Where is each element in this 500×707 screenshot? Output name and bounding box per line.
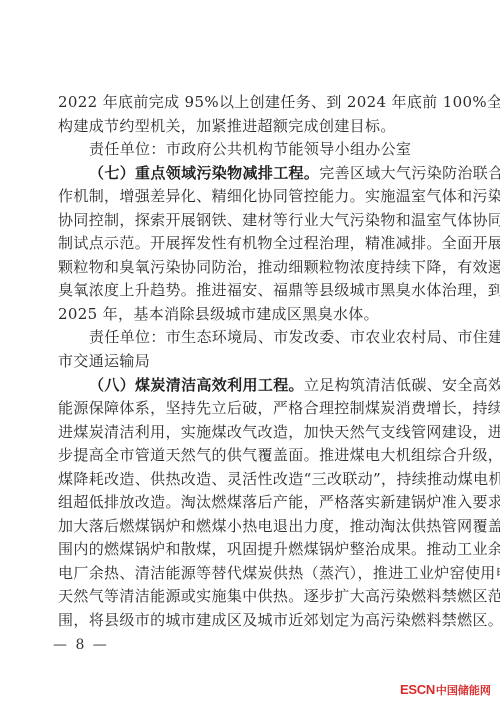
page-number: — 8 — bbox=[53, 637, 109, 653]
line-text: 电厂余热、清洁能源等替代煤炭供热（蒸汽），推进工业炉窑使用电、 bbox=[58, 564, 500, 582]
line-text: 构建成节约型机关，加紧推进超额完成创建目标。 bbox=[58, 117, 396, 135]
line-text: 责任单位：市政府公共机构节能领导小组办公室 bbox=[89, 140, 411, 158]
section-heading: （七）重点领域污染物减排工程。 bbox=[89, 164, 319, 182]
text-line: 协同控制，探索开展钢铁、建材等行业大气污染物和温室气体协同控 bbox=[58, 209, 435, 233]
line-text: 2025 年，基本消除县级城市建成区黑臭水体。 bbox=[58, 305, 379, 323]
text-line: 能源保障体系，坚持先立后破，严格合理控制煤炭消费增长，持续推 bbox=[58, 397, 435, 421]
watermark-name: 中国储能网 bbox=[436, 685, 491, 697]
section-heading-line: （七）重点领域污染物减排工程。完善区域大气污染防治联合协 bbox=[58, 162, 435, 186]
text-line: 加大落后燃煤锅炉和燃煤小热电退出力度，推动淘汰供热管网覆盖范 bbox=[58, 515, 435, 539]
line-text: 围，将县级市的城市建成区及城市近郊划定为高污染燃料禁燃区。到 bbox=[58, 611, 500, 629]
line-text: 责任单位：市生态环境局、市发改委、市农业农村局、市住建局、 bbox=[89, 328, 500, 346]
line-text: 天然气等清洁能源或实施集中供热。逐步扩大高污染燃料禁燃区范 bbox=[58, 587, 500, 605]
responsible-unit-line: 责任单位：市政府公共机构节能领导小组办公室 bbox=[58, 138, 435, 162]
text-line: 进煤炭清洁利用，实施煤改气改造，加快天然气支线管网建设，进一 bbox=[58, 421, 435, 445]
line-text: 步提高全市管道天然气的供气覆盖面。推进煤电大机组综合升级，节 bbox=[58, 446, 500, 464]
line-text: 制试点示范。开展挥发性有机物全过程治理，精准减排。全面开展细 bbox=[58, 234, 500, 252]
line-text: 加大落后燃煤锅炉和燃煤小热电退出力度，推动淘汰供热管网覆盖范 bbox=[58, 517, 500, 535]
text-line: 臭氧浓度上升趋势。推进福安、福鼎等县级城市黑臭水体治理，到 bbox=[58, 279, 435, 303]
line-text: 煤降耗改造、供热改造、灵活性改造“三改联动”，持续推动煤电机 bbox=[58, 470, 500, 488]
escn-watermark-logo: ESCN中国储能网 bbox=[400, 682, 491, 698]
document-page: 2022 年底前完成 95%以上创建任务、到 2024 年底前 100%全市公共… bbox=[0, 0, 500, 707]
line-text: 作机制，增强差异化、精细化协同管控能力。实施温室气体和污染物 bbox=[58, 187, 500, 205]
text-line: 颗粒物和臭氧污染协同防治，推动细颗粒物浓度持续下降，有效遏制 bbox=[58, 256, 435, 280]
watermark-brand: ESCN bbox=[400, 682, 435, 697]
text-line: 步提高全市管道天然气的供气覆盖面。推进煤电大机组综合升级，节 bbox=[58, 444, 435, 468]
line-text: 颗粒物和臭氧污染协同防治，推动细颗粒物浓度持续下降，有效遏制 bbox=[58, 258, 500, 276]
line-text: 2022 年底前完成 95%以上创建任务、到 2024 年底前 100%全市公共… bbox=[58, 93, 500, 111]
text-line: 组超低排放改造。淘汰燃煤落后产能，严格落实新建锅炉准入要求， bbox=[58, 491, 435, 515]
text-line: 煤降耗改造、供热改造、灵活性改造“三改联动”，持续推动煤电机 bbox=[58, 468, 435, 492]
text-line: 2025 年，基本消除县级城市建成区黑臭水体。 bbox=[58, 303, 435, 327]
line-text: 围内的燃煤锅炉和散煤，巩固提升燃煤锅炉整治成果。推动工业余热、 bbox=[58, 540, 500, 558]
line-text: 进煤炭清洁利用，实施煤改气改造，加快天然气支线管网建设，进一 bbox=[58, 423, 500, 441]
text-line: 制试点示范。开展挥发性有机物全过程治理，精准减排。全面开展细 bbox=[58, 232, 435, 256]
line-text: 立足构筑清洁低碳、安全高效的 bbox=[304, 376, 500, 394]
text-line: 作机制，增强差异化、精细化协同管控能力。实施温室气体和污染物 bbox=[58, 185, 435, 209]
line-text: 能源保障体系，坚持先立后破，严格合理控制煤炭消费增长，持续推 bbox=[58, 399, 500, 417]
text-line: 围内的燃煤锅炉和散煤，巩固提升燃煤锅炉整治成果。推动工业余热、 bbox=[58, 538, 435, 562]
text-line: 电厂余热、清洁能源等替代煤炭供热（蒸汽），推进工业炉窑使用电、 bbox=[58, 562, 435, 586]
text-line: 市交通运输局 bbox=[58, 350, 435, 374]
text-line: 构建成节约型机关，加紧推进超额完成创建目标。 bbox=[58, 115, 435, 139]
responsible-unit-line: 责任单位：市生态环境局、市发改委、市农业农村局、市住建局、 bbox=[58, 326, 435, 350]
text-line: 2022 年底前完成 95%以上创建任务、到 2024 年底前 100%全市公共… bbox=[58, 91, 435, 115]
section-heading-line: （八）煤炭清洁高效利用工程。立足构筑清洁低碳、安全高效的 bbox=[58, 374, 435, 398]
text-line: 围，将县级市的城市建成区及城市近郊划定为高污染燃料禁燃区。到 bbox=[58, 609, 435, 633]
section-heading: （八）煤炭清洁高效利用工程。 bbox=[89, 376, 304, 394]
line-text: 协同控制，探索开展钢铁、建材等行业大气污染物和温室气体协同控 bbox=[58, 211, 500, 229]
line-text: 完善区域大气污染防治联合协 bbox=[319, 164, 500, 182]
line-text: 臭氧浓度上升趋势。推进福安、福鼎等县级城市黑臭水体治理，到 bbox=[58, 281, 500, 299]
body-text: 2022 年底前完成 95%以上创建任务、到 2024 年底前 100%全市公共… bbox=[58, 91, 435, 633]
line-text: 市交通运输局 bbox=[58, 352, 150, 370]
line-text: 组超低排放改造。淘汰燃煤落后产能，严格落实新建锅炉准入要求， bbox=[58, 493, 500, 511]
text-line: 天然气等清洁能源或实施集中供热。逐步扩大高污染燃料禁燃区范 bbox=[58, 585, 435, 609]
